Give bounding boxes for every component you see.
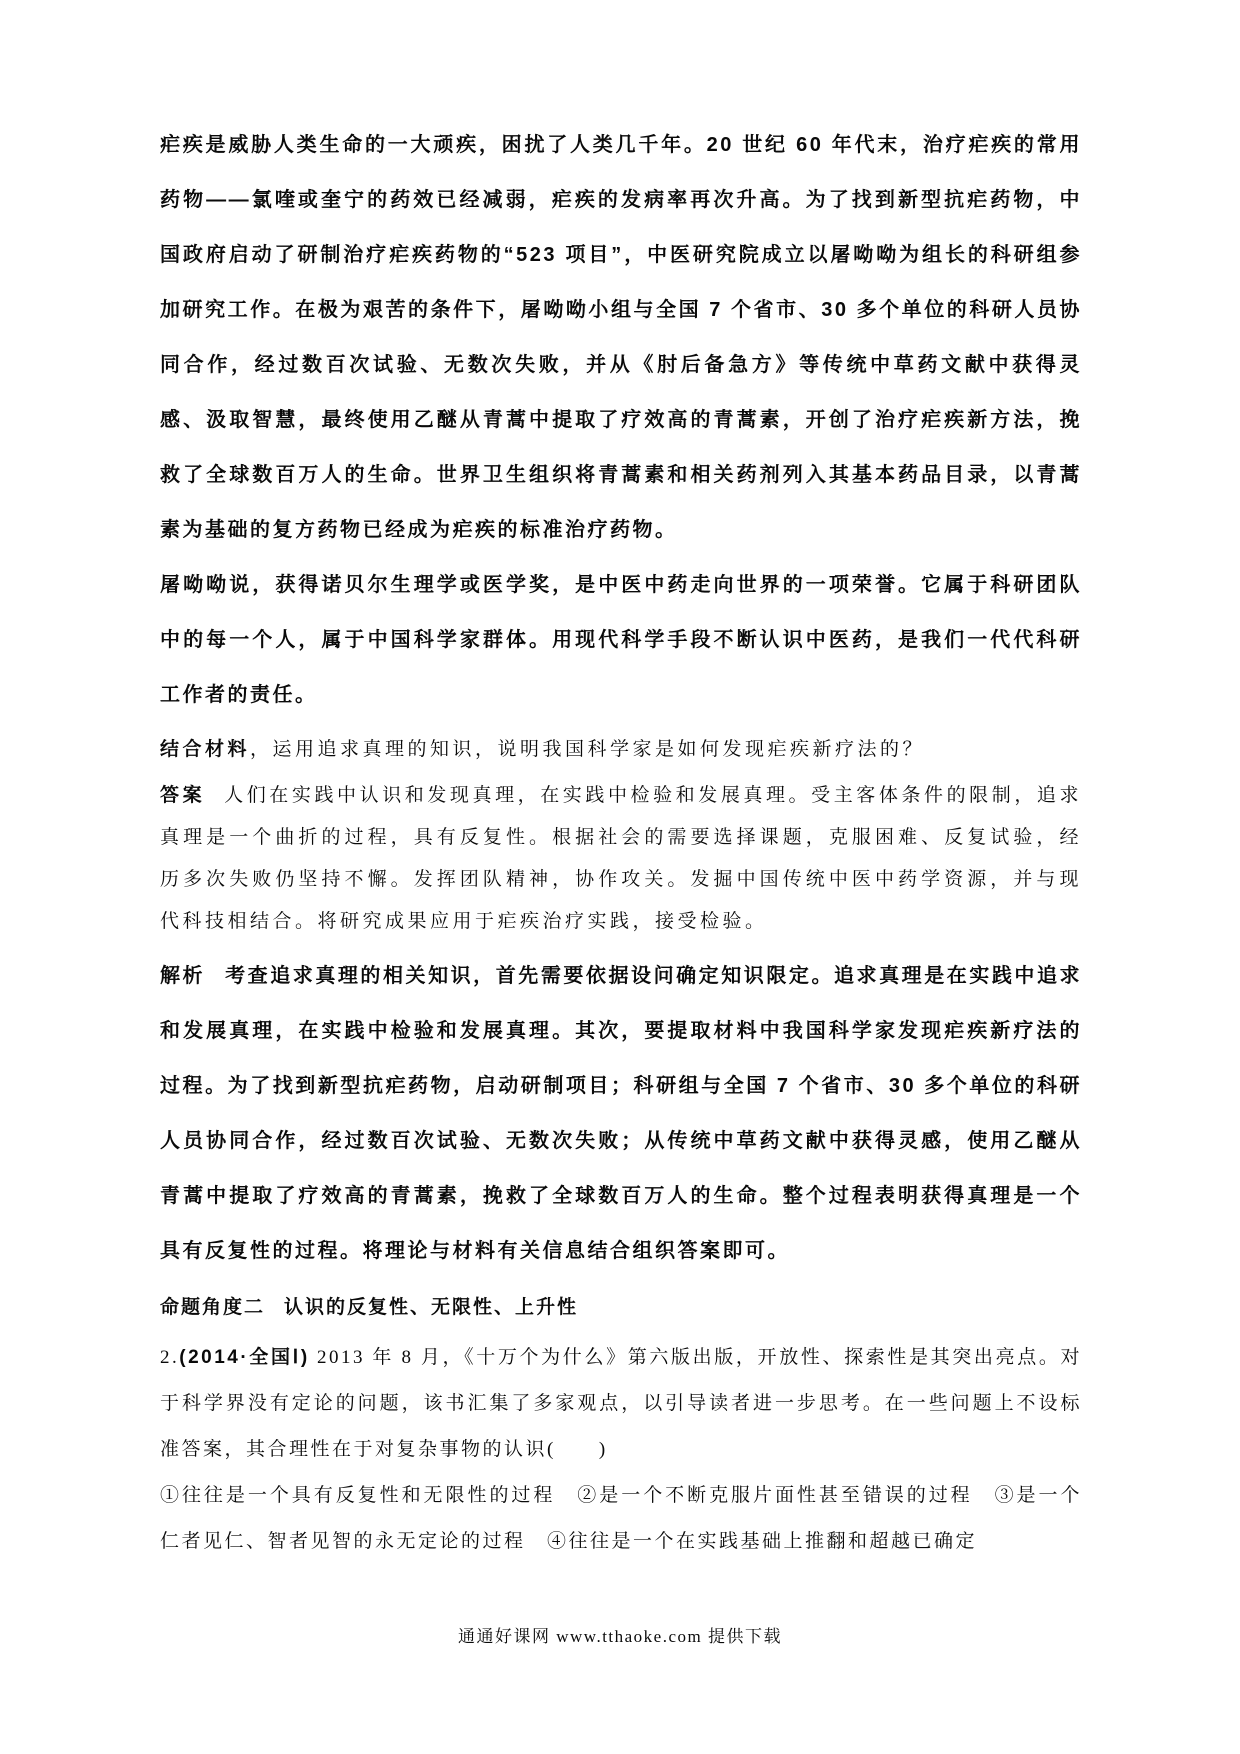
answer-text: 人们在实践中认识和发现真理，在实践中检验和发展真理。受主客体条件的限制，追求真理… — [160, 785, 1082, 932]
document-body: 疟疾是威胁人类生命的一大顽疾，困扰了人类几千年。20 世纪 60 年代末，治疗疟… — [160, 118, 1082, 1565]
material-paragraph-2: 屠呦呦说，获得诺贝尔生理学或医学奖，是中医中药走向世界的一项荣誉。它属于科研团队… — [160, 558, 1082, 723]
answer-block: 答案人们在实践中认识和发现真理，在实践中检验和发展真理。受主客体条件的限制，追求… — [160, 775, 1082, 943]
topic-heading-label: 命题角度二 — [160, 1297, 265, 1318]
question-1-label: 结合材料 — [160, 739, 250, 760]
question-1-text: ，运用追求真理的知识，说明我国科学家是如何发现疟疾新疗法的？ — [250, 739, 925, 760]
document-page: 疟疾是威胁人类生命的一大顽疾，困扰了人类几千年。20 世纪 60 年代末，治疗疟… — [0, 0, 1240, 1754]
topic-heading-title: 认识的反复性、无限性、上升性 — [284, 1297, 578, 1318]
material-paragraph-1: 疟疾是威胁人类生命的一大顽疾，困扰了人类几千年。20 世纪 60 年代末，治疗疟… — [160, 118, 1082, 558]
topic-heading: 命题角度二认识的反复性、无限性、上升性 — [160, 1283, 1082, 1333]
page-footer: 通通好课网 www.tthaoke.com 提供下载 — [0, 1622, 1240, 1647]
question-1: 结合材料，运用追求真理的知识，说明我国科学家是如何发现疟疾新疗法的？ — [160, 725, 1082, 775]
question-2-options: ①往往是一个具有反复性和无限性的过程 ②是一个不断克服片面性甚至错误的过程 ③是… — [160, 1473, 1082, 1565]
question-2-source: (2014·全国Ⅰ) — [179, 1347, 309, 1368]
answer-label: 答案 — [160, 785, 205, 806]
analysis-label: 解析 — [160, 965, 205, 987]
analysis-block: 解析考查追求真理的相关知识，首先需要依据设问确定知识限定。追求真理是在实践中追求… — [160, 949, 1082, 1279]
question-2: 2.(2014·全国Ⅰ) 2013 年 8 月，《十万个为什么》第六版出版，开放… — [160, 1335, 1082, 1473]
analysis-text: 考查追求真理的相关知识，首先需要依据设问确定知识限定。追求真理是在实践中追求和发… — [160, 965, 1082, 1262]
question-2-number: 2. — [160, 1347, 179, 1368]
